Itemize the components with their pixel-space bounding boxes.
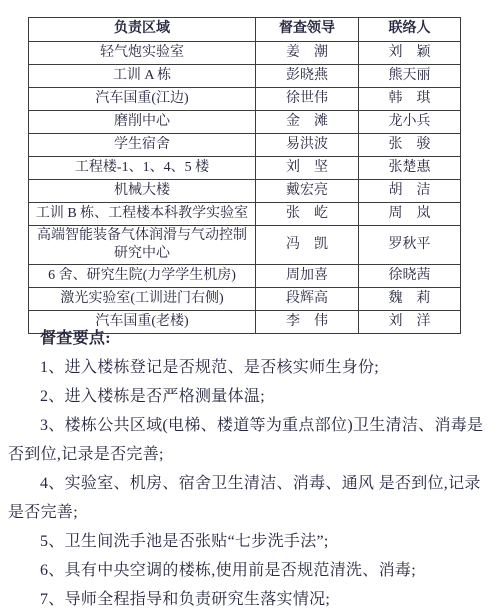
table-header-row: 负责区域 督查领导 联络人 [29, 18, 461, 42]
col-header-area: 负责区域 [29, 18, 256, 42]
cell-contact: 韩 琪 [359, 88, 461, 111]
cell-area: 6 舍、研究生院(力学学生机房) [29, 265, 256, 288]
cell-area: 轻气炮实验室 [29, 42, 256, 65]
cell-leader: 段辉高 [256, 288, 359, 311]
cell-contact: 熊天丽 [359, 65, 461, 88]
cell-contact: 龙小兵 [359, 111, 461, 134]
cell-area: 激光实验室(工训进门右侧) [29, 288, 256, 311]
table-row: 学生宿舍 易洪波 张 骏 [29, 134, 461, 157]
cell-contact: 刘 颖 [359, 42, 461, 65]
duty-table: 负责区域 督查领导 联络人 轻气炮实验室 姜 潮 刘 颖 工训 A 栋 彭晓燕 … [28, 17, 461, 334]
cell-leader: 刘 坚 [256, 157, 359, 180]
cell-area: 磨削中心 [29, 111, 256, 134]
cell-area: 工程楼-1、1、4、5 楼 [29, 157, 256, 180]
note-item-4: 4、实验室、机房、宿舍卫生清洁、消毒、通风 是否到位,记录是否完善; [8, 469, 494, 527]
cell-leader: 徐世伟 [256, 88, 359, 111]
note-item-7: 7、导师全程指导和负责研究生落实情况; [8, 585, 494, 614]
cell-leader: 周加喜 [256, 265, 359, 288]
cell-contact: 罗秋平 [359, 226, 461, 265]
table-row: 机械大楼 戴宏亮 胡 洁 [29, 180, 461, 203]
cell-area: 高端智能装备气体润滑与气动控制研究中心 [29, 226, 256, 265]
cell-contact: 徐晓茜 [359, 265, 461, 288]
cell-area: 机械大楼 [29, 180, 256, 203]
cell-area: 工训 A 栋 [29, 65, 256, 88]
cell-area: 工训 B 栋、工程楼本科教学实验室 [29, 203, 256, 226]
cell-leader: 张 屹 [256, 203, 359, 226]
table-row: 高端智能装备气体润滑与气动控制研究中心 冯 凯 罗秋平 [29, 226, 461, 265]
table-row: 轻气炮实验室 姜 潮 刘 颖 [29, 42, 461, 65]
table-row: 汽车国重(江边) 徐世伟 韩 琪 [29, 88, 461, 111]
cell-leader: 彭晓燕 [256, 65, 359, 88]
note-item-1: 1、进入楼栋登记是否规范、是否核实师生身份; [8, 353, 494, 382]
col-header-leader: 督查领导 [256, 18, 359, 42]
cell-area: 学生宿舍 [29, 134, 256, 157]
table-row: 工训 B 栋、工程楼本科教学实验室 张 屹 周 岚 [29, 203, 461, 226]
table-row: 工训 A 栋 彭晓燕 熊天丽 [29, 65, 461, 88]
notes-heading: 督查要点: [8, 324, 494, 353]
table-row: 磨削中心 金 滩 龙小兵 [29, 111, 461, 134]
table-row: 工程楼-1、1、4、5 楼 刘 坚 张楚惠 [29, 157, 461, 180]
cell-contact: 魏 莉 [359, 288, 461, 311]
cell-leader: 易洪波 [256, 134, 359, 157]
cell-contact: 张楚惠 [359, 157, 461, 180]
document-page: 负责区域 督查领导 联络人 轻气炮实验室 姜 潮 刘 颖 工训 A 栋 彭晓燕 … [0, 0, 500, 614]
cell-contact: 胡 洁 [359, 180, 461, 203]
note-item-3: 3、楼栋公共区域(电梯、楼道等为重点部位)卫生清洁、消毒是否到位,记录是否完善; [8, 411, 494, 469]
note-item-2: 2、进入楼栋是否严格测量体温; [8, 382, 494, 411]
col-header-contact: 联络人 [359, 18, 461, 42]
table-row: 激光实验室(工训进门右侧) 段辉高 魏 莉 [29, 288, 461, 311]
notes-section: 督查要点: 1、进入楼栋登记是否规范、是否核实师生身份; 2、进入楼栋是否严格测… [0, 324, 500, 614]
cell-leader: 金 滩 [256, 111, 359, 134]
cell-area: 汽车国重(江边) [29, 88, 256, 111]
cell-contact: 周 岚 [359, 203, 461, 226]
note-item-6: 6、具有中央空调的楼栋,使用前是否规范清洗、消毒; [8, 556, 494, 585]
cell-leader: 冯 凯 [256, 226, 359, 265]
cell-leader: 姜 潮 [256, 42, 359, 65]
table-row: 6 舍、研究生院(力学学生机房) 周加喜 徐晓茜 [29, 265, 461, 288]
cell-contact: 张 骏 [359, 134, 461, 157]
cell-leader: 戴宏亮 [256, 180, 359, 203]
note-item-5: 5、卫生间洗手池是否张贴“七步洗手法”; [8, 527, 494, 556]
